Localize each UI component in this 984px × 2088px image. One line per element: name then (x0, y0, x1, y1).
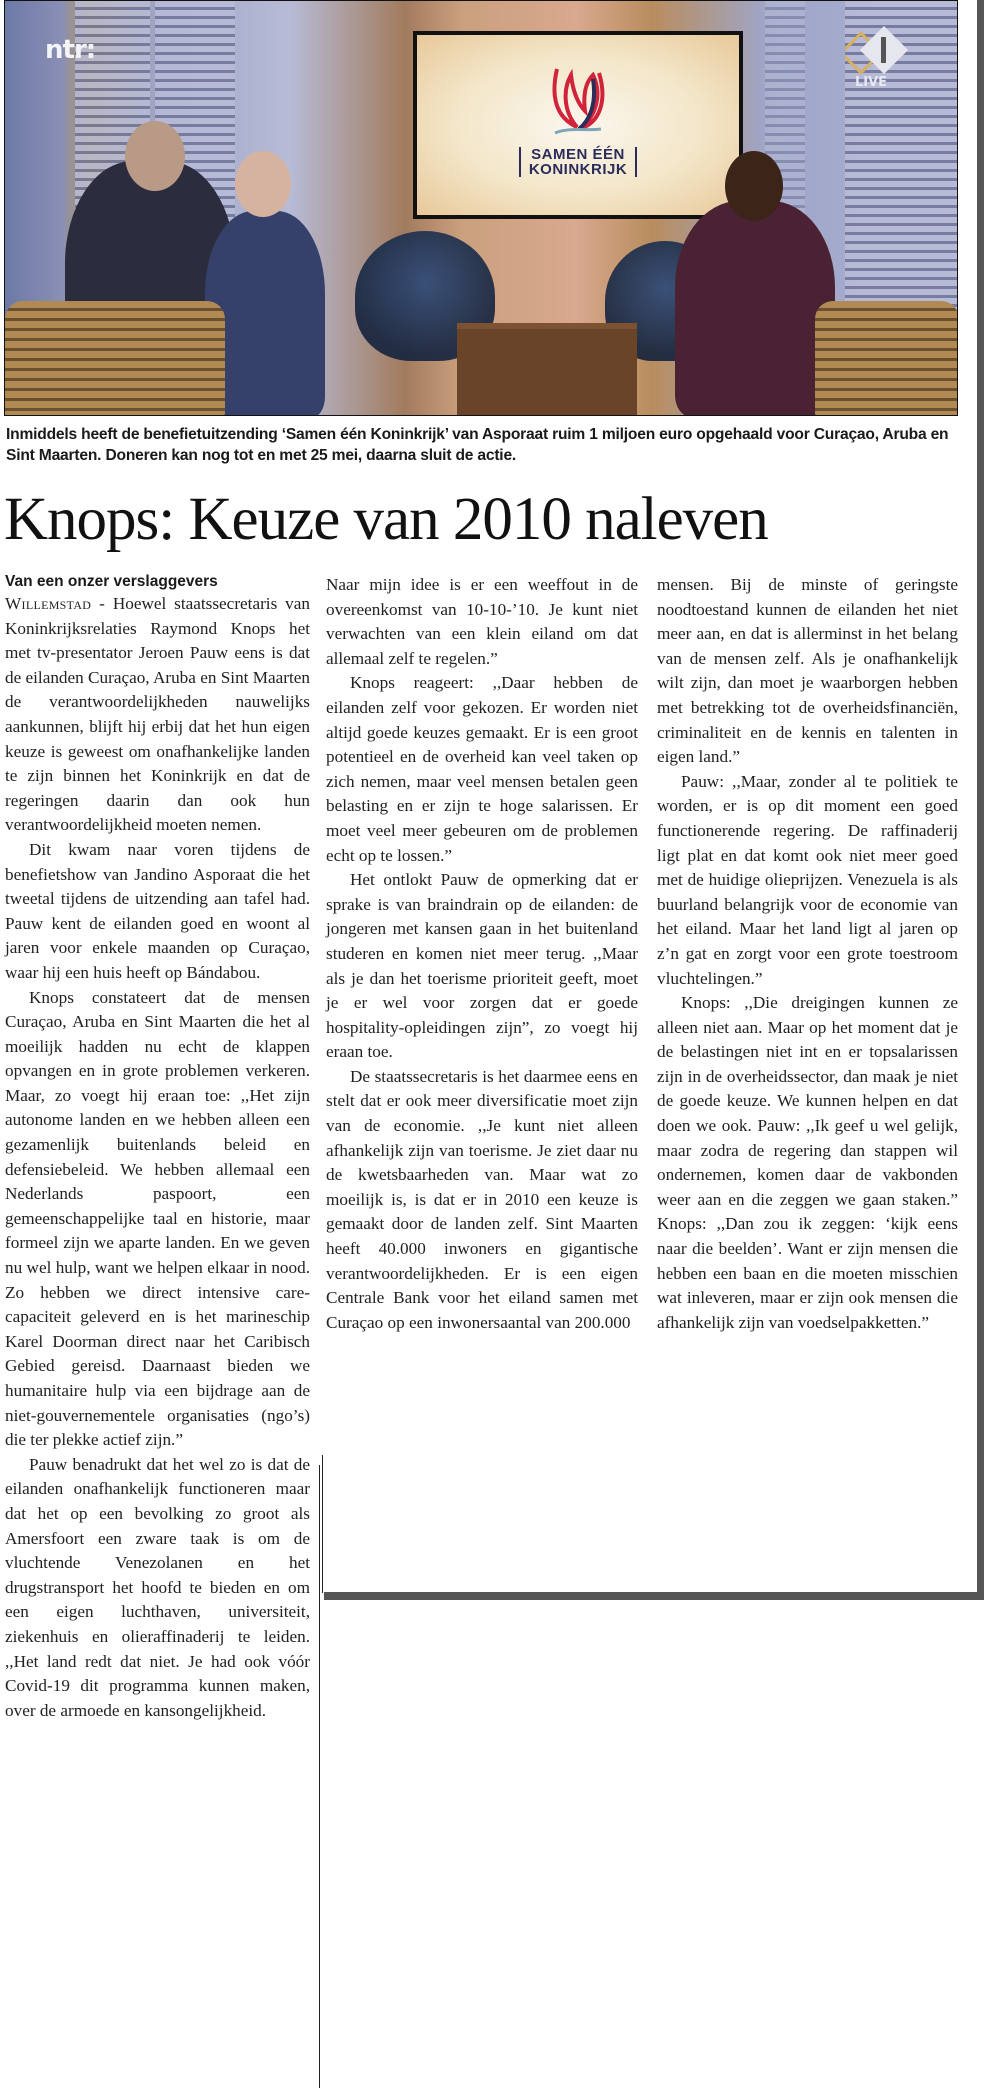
paragraph: Knops: ,,Die dreigingen kunnen ze alleen… (657, 991, 958, 1335)
dateline: Willemstad (5, 594, 91, 613)
screen-title: SAMEN ÉÉN KONINKRIJK (519, 147, 637, 177)
paragraph: Het ontlokt Pauw de opmerking dat er spr… (326, 868, 638, 1065)
paragraph: Naar mijn idee is er een weeffout in de … (326, 573, 638, 671)
person-right (675, 201, 835, 416)
headline: Knops: Keuze van 2010 naleven (4, 482, 964, 558)
paragraph: Knops reageert: ,,Daar hebben de eilande… (326, 671, 638, 868)
wicker-chair (815, 301, 958, 416)
flame-logo-icon (549, 65, 607, 137)
box-shadow-bottom (324, 1592, 984, 1600)
article-column-1: Van een onzer verslaggevers Willemstad -… (5, 572, 310, 1723)
coffee-table (457, 323, 637, 416)
byline: Van een onzer verslaggevers (5, 572, 310, 592)
paragraph: Pauw benadrukt dat het wel zo is dat de … (5, 1453, 310, 1724)
photo-caption: Inmiddels heeft de benefietuitzending ‘S… (6, 424, 956, 466)
paragraph-lead: Willemstad - Hoewel staatssecretaris van… (5, 592, 310, 838)
article-photo: ntr: LIVE SAMEN ÉÉN KONINKRIJK (4, 0, 958, 416)
paragraph: Dit kwam naar voren tijdens de benefiets… (5, 838, 310, 986)
paragraph: Pauw: ,,Maar, zonder al te politiek te w… (657, 770, 958, 991)
ntr-logo: ntr: (45, 35, 95, 65)
column-divider (319, 1465, 320, 2088)
person-right-head (725, 151, 783, 221)
tv-screen: SAMEN ÉÉN KONINKRIJK (413, 31, 743, 219)
person-middle-head (235, 151, 291, 217)
paragraph: Knops constateert dat de mensen Curaçao,… (5, 986, 310, 1453)
box-divider (322, 1455, 323, 1593)
person-left-head (125, 121, 185, 191)
box-shadow-right (977, 0, 984, 1600)
live-badge: LIVE (855, 75, 887, 90)
article-column-3: mensen. Bij de minste of geringste noodt… (657, 573, 958, 1335)
paragraph: De staatssecretaris is het daarmee eens … (326, 1065, 638, 1336)
wicker-chair (5, 301, 225, 416)
paragraph: mensen. Bij de minste of geringste noodt… (657, 573, 958, 770)
article-column-2: Naar mijn idee is er een weeffout in de … (326, 573, 638, 1335)
